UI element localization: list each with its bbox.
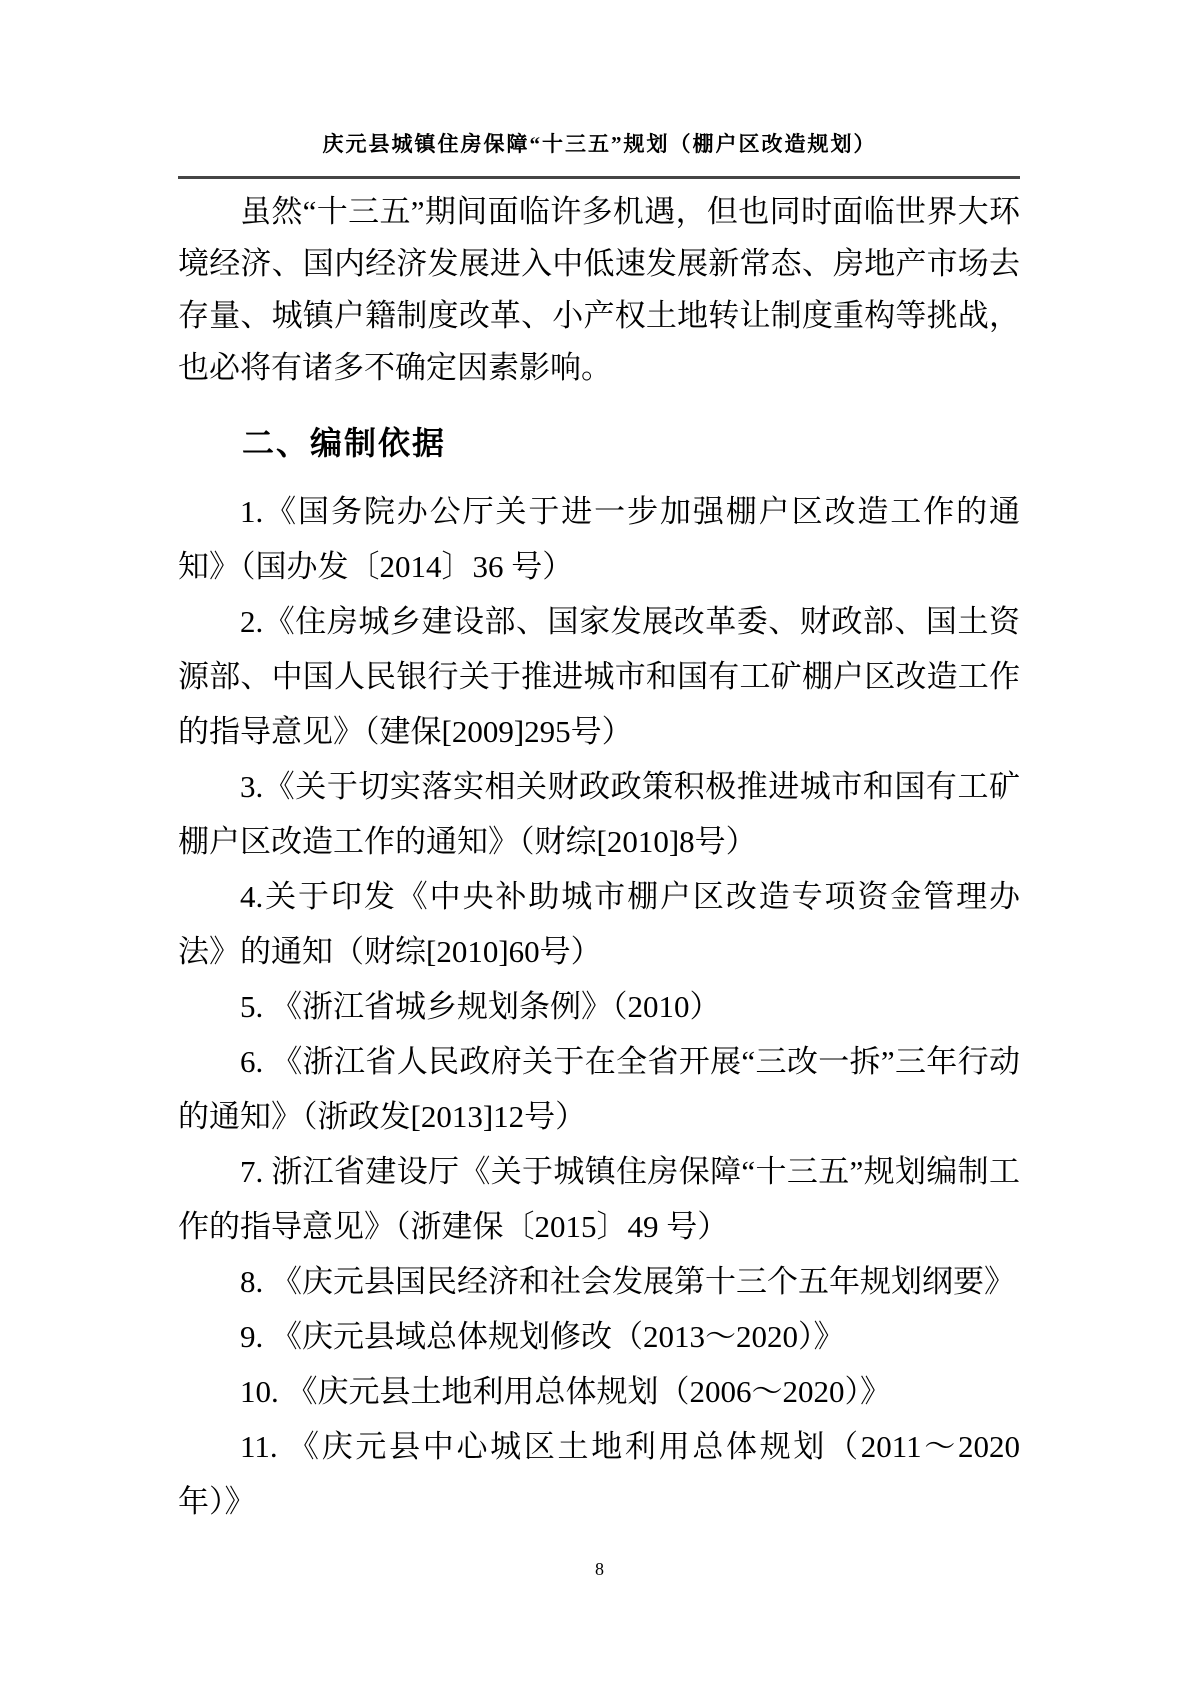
reference-item-3: 3.《关于切实落实相关财政政策积极推进城市和国有工矿棚户区改造工作的通知》（财综… <box>178 759 1020 869</box>
document-body: 虽然“十三五”期间面临许多机遇，但也同时面临世界大环境经济、国内经济发展进入中低… <box>178 186 1020 1529</box>
reference-list: 1.《国务院办公厅关于进一步加强棚户区改造工作的通知》（国办发〔2014〕36 … <box>178 484 1020 1529</box>
reference-item-11: 11. 《庆元县中心城区土地利用总体规划（2011～2020 年）》 <box>178 1419 1020 1529</box>
reference-item-1: 1.《国务院办公厅关于进一步加强棚户区改造工作的通知》（国办发〔2014〕36 … <box>178 484 1020 594</box>
reference-item-7: 7. 浙江省建设厅《关于城镇住房保障“十三五”规划编制工作的指导意见》（浙建保〔… <box>178 1144 1020 1254</box>
page-header-title: 庆元县城镇住房保障“十三五”规划（棚户区改造规划） <box>0 131 1199 157</box>
section-heading: 二、编制依据 <box>178 422 1020 464</box>
page-number: 8 <box>0 1558 1199 1580</box>
intro-paragraph: 虽然“十三五”期间面临许多机遇，但也同时面临世界大环境经济、国内经济发展进入中低… <box>178 186 1020 394</box>
reference-item-5: 5. 《浙江省城乡规划条例》（2010） <box>178 979 1020 1034</box>
header-rule-divider <box>178 176 1020 179</box>
reference-item-6: 6. 《浙江省人民政府关于在全省开展“三改一拆”三年行动的通知》（浙政发[201… <box>178 1034 1020 1144</box>
reference-item-10: 10. 《庆元县土地利用总体规划（2006～2020）》 <box>178 1364 1020 1419</box>
reference-item-8: 8. 《庆元县国民经济和社会发展第十三个五年规划纲要》 <box>178 1254 1020 1309</box>
document-page: 庆元县城镇住房保障“十三五”规划（棚户区改造规划） 虽然“十三五”期间面临许多机… <box>0 0 1199 1696</box>
reference-item-9: 9. 《庆元县域总体规划修改（2013～2020）》 <box>178 1309 1020 1364</box>
reference-item-4: 4.关于印发《中央补助城市棚户区改造专项资金管理办法》的通知（财综[2010]6… <box>178 869 1020 979</box>
reference-item-2: 2.《住房城乡建设部、国家发展改革委、财政部、国土资源部、中国人民银行关于推进城… <box>178 594 1020 759</box>
